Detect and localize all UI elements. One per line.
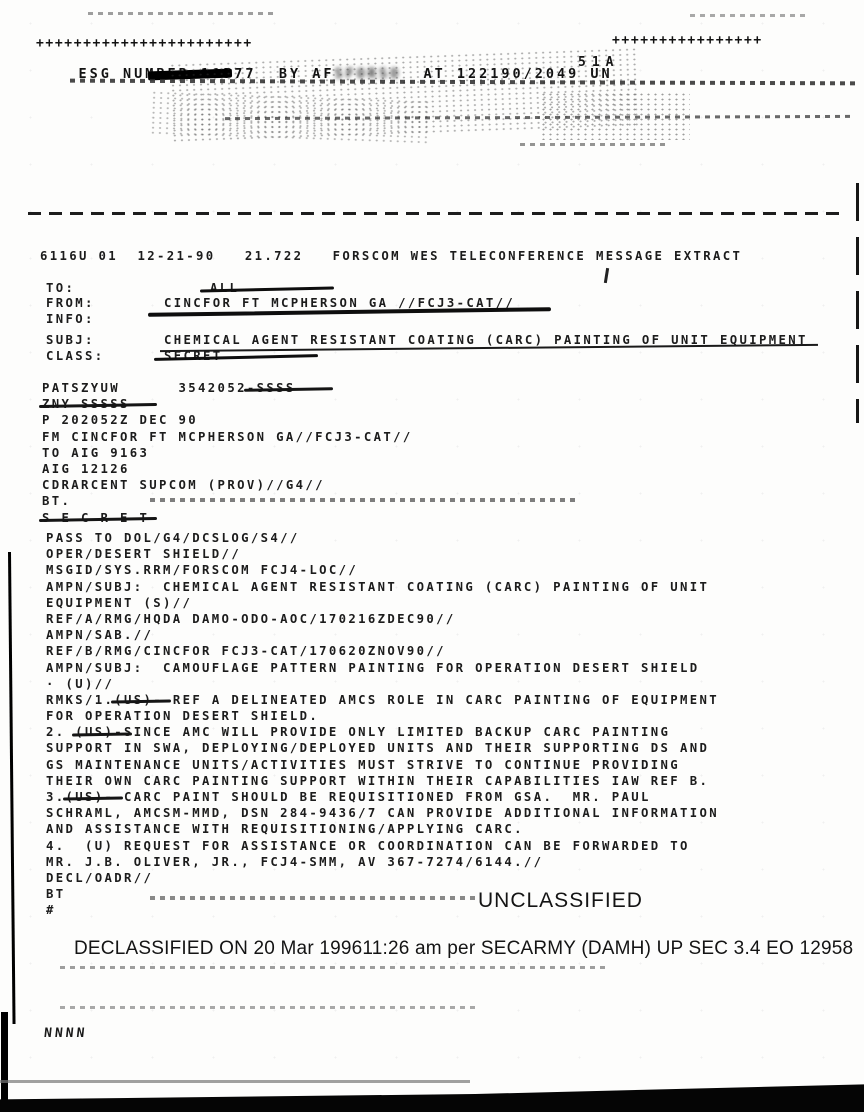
field-label: SUBJ: [46, 333, 164, 348]
message-line: MR. J.B. OLIVER, JR., FCJ4-SMM, AV 367-7… [46, 854, 719, 870]
message-text: · (U)// [46, 677, 114, 691]
message-text: FOR OPERATION DESERT SHIELD. [46, 709, 319, 723]
field-value: ALL [210, 281, 239, 296]
message-text: REF/A/RMG/HQDA DAMO-ODO-AOC/170216ZDEC90… [46, 612, 456, 626]
message-line: THEIR OWN CARC PAINTING SUPPORT WITHIN T… [46, 773, 719, 789]
message-line: EQUIPMENT (S)// [46, 595, 719, 611]
scanned-document-page: +++++++++++++++++++++++ ++++++++++++++++… [0, 0, 864, 1112]
scan-noise-top-right [690, 14, 810, 17]
field-label: CLASS: [46, 349, 164, 364]
message-line: AND ASSISTANCE WITH REQUISITIONING/APPLY… [46, 821, 719, 837]
field-value: SECRET [164, 349, 223, 364]
message-text: EQUIPMENT (S)// [46, 596, 192, 610]
message-text: TO AIG 9163 [42, 446, 149, 460]
message-line: OPER/DESERT SHIELD// [46, 546, 719, 562]
message-line: AIG 12126 [42, 461, 413, 477]
message-line: SCHRAML, AMCSM-MMD, DSN 284-9436/7 CAN P… [46, 805, 719, 821]
field-label: TO: [46, 281, 164, 296]
message-line: · (U)// [46, 676, 719, 692]
header-field-subj: SUBJ:CHEMICAL AGENT RESISTANT COATING (C… [46, 333, 808, 348]
message-text: REF/B/RMG/CINCFOR FCJ3-CAT/170620ZNOV90/… [46, 644, 446, 658]
message-text: GS MAINTENANCE UNITS/ACTIVITIES MUST STR… [46, 758, 680, 772]
bottom-gray-line [0, 1080, 470, 1083]
message-text: SUPPORT IN SWA, DEPLOYING/DEPLOYED UNITS… [46, 741, 709, 755]
message-text: AND ASSISTANCE WITH REQUISITIONING/APPLY… [46, 822, 524, 836]
stamp-underline-noise [60, 966, 610, 969]
message-text: THEIR OWN CARC PAINTING SUPPORT WITHIN T… [46, 774, 709, 788]
message-line: REF/A/RMG/HQDA DAMO-ODO-AOC/170216ZDEC90… [46, 611, 719, 627]
struck-text: (US)- [75, 725, 124, 739]
message-line: CDRARCENT SUPCOM (PROV)//G4// [42, 477, 413, 493]
message-line: TO AIG 9163 [42, 445, 413, 461]
message-line: ZNY SSSSS — [42, 396, 413, 412]
message-text: # [46, 903, 56, 917]
message-body-text: PASS TO DOL/G4/DCSLOG/S4//OPER/DESERT SH… [46, 530, 719, 919]
left-edge-artifact [8, 552, 16, 1024]
message-text: PASS TO DOL/G4/DCSLOG/S4// [46, 531, 300, 545]
message-text: AMPN/SAB.// [46, 628, 153, 642]
message-text: 2. [46, 725, 75, 739]
message-line: FM CINCFOR FT MCPHERSON GA//FCJ3-CAT// [42, 429, 413, 445]
bt-smudge-2 [150, 896, 480, 900]
header-field-from: FROM:CINCFOR FT MCPHERSON GA //FCJ3-CAT/… [46, 296, 808, 311]
field-label: FROM: [46, 296, 164, 311]
message-text: REF A DELINEATED AMCS ROLE IN CARC PAINT… [163, 693, 719, 707]
field-value: CINCFOR FT MCPHERSON GA //FCJ3-CAT// [164, 296, 515, 311]
scan-noise-dots [520, 143, 670, 146]
message-body-preamble: PATSZYUW 3542052-SSSS ——ZNY SSSSS —P 202… [42, 380, 413, 526]
declassified-stamp: DECLASSIFIED ON 20 Mar 199611:26 am per … [74, 938, 853, 960]
message-line: PASS TO DOL/G4/DCSLOG/S4// [46, 530, 719, 546]
message-text: FM CINCFOR FT MCPHERSON GA//FCJ3-CAT// [42, 430, 413, 444]
message-line: MSGID/SYS.RRM/FORSCOM FCJ4-LOC// [46, 562, 719, 578]
header-field-to: TO:ALL [46, 281, 808, 296]
message-text: SCHRAML, AMCSM-MMD, DSN 284-9436/7 CAN P… [46, 806, 719, 820]
message-text: DECL/OADR// [46, 871, 153, 885]
message-text: BT [46, 887, 66, 901]
plus-separator-left: +++++++++++++++++++++++ [36, 36, 253, 51]
plus-separator-right: ++++++++++++++++ [612, 33, 763, 48]
message-line: AMPN/SUBJ: CAMOUFLAGE PATTERN PAINTING F… [46, 660, 719, 676]
message-line: PATSZYUW 3542052-SSSS —— [42, 380, 413, 396]
struck-text: (US)- [114, 693, 163, 707]
struck-text: S E C R E T [42, 511, 149, 525]
message-header-fields: TO:ALLFROM:CINCFOR FT MCPHERSON GA //FCJ… [46, 281, 808, 364]
bt-smudge [150, 498, 580, 502]
message-text: MR. J.B. OLIVER, JR., FCJ4-SMM, AV 367-7… [46, 855, 543, 869]
message-text: PATSZYUW 3542052 [42, 381, 247, 395]
message-line: REF/B/RMG/CINCFOR FCJ3-CAT/170620ZNOV90/… [46, 643, 719, 659]
left-edge-blob [1, 1012, 8, 1108]
field-label: INFO: [46, 312, 164, 327]
message-line: P 202052Z DEC 90 [42, 412, 413, 428]
message-line: RMKS/1.(US)- REF A DELINEATED AMCS ROLE … [46, 692, 719, 708]
message-text: CARC PAINT SHOULD BE REQUISITIONED FROM … [114, 790, 650, 804]
scan-noise-bottom [60, 1006, 480, 1009]
message-line: 3.(US)- CARC PAINT SHOULD BE REQUISITION… [46, 789, 719, 805]
end-of-message-marker: NNNN [43, 1026, 88, 1041]
struck-text: (US)- [66, 790, 115, 804]
message-line: AMPN/SUBJ: CHEMICAL AGENT RESISTANT COAT… [46, 579, 719, 595]
message-text: AIG 12126 [42, 462, 130, 476]
message-text: CDRARCENT SUPCOM (PROV)//G4// [42, 478, 325, 492]
message-text: P 202052Z DEC 90 [42, 413, 198, 427]
scan-noise-top [88, 12, 278, 15]
message-line: FOR OPERATION DESERT SHIELD. [46, 708, 719, 724]
message-line: S E C R E T [42, 510, 413, 526]
message-line: SUPPORT IN SWA, DEPLOYING/DEPLOYED UNITS… [46, 740, 719, 756]
message-line: DECL/OADR// [46, 870, 719, 886]
message-text: MSGID/SYS.RRM/FORSCOM FCJ4-LOC// [46, 563, 358, 577]
message-text: SINCE AMC WILL PROVIDE ONLY LIMITED BACK… [124, 725, 670, 739]
message-text: AMPN/SUBJ: CAMOUFLAGE PATTERN PAINTING F… [46, 661, 699, 675]
message-text: 4. (U) REQUEST FOR ASSISTANCE OR COORDIN… [46, 839, 690, 853]
message-line: 2. (US)-SINCE AMC WILL PROVIDE ONLY LIMI… [46, 724, 719, 740]
message-text: BT. [42, 494, 71, 508]
bottom-scan-bar [0, 1082, 864, 1112]
dashed-separator [28, 212, 846, 215]
field-value: CHEMICAL AGENT RESISTANT COATING (CARC) … [164, 333, 808, 348]
message-line: 4. (U) REQUEST FOR ASSISTANCE OR COORDIN… [46, 838, 719, 854]
struck-text: -SSSS —— [247, 381, 325, 395]
right-edge-artifact [856, 183, 859, 423]
struck-text: ZNY SSSSS — [42, 397, 149, 411]
extract-title-line: 6116U 01 12-21-90 21.722 FORSCOM WES TEL… [40, 249, 742, 263]
message-text: OPER/DESERT SHIELD// [46, 547, 241, 561]
unclassified-stamp: UNCLASSIFIED [478, 889, 643, 913]
message-text: AMPN/SUBJ: CHEMICAL AGENT RESISTANT COAT… [46, 580, 709, 594]
message-text: RMKS/1. [46, 693, 114, 707]
message-line: AMPN/SAB.// [46, 627, 719, 643]
message-line: GS MAINTENANCE UNITS/ACTIVITIES MUST STR… [46, 757, 719, 773]
